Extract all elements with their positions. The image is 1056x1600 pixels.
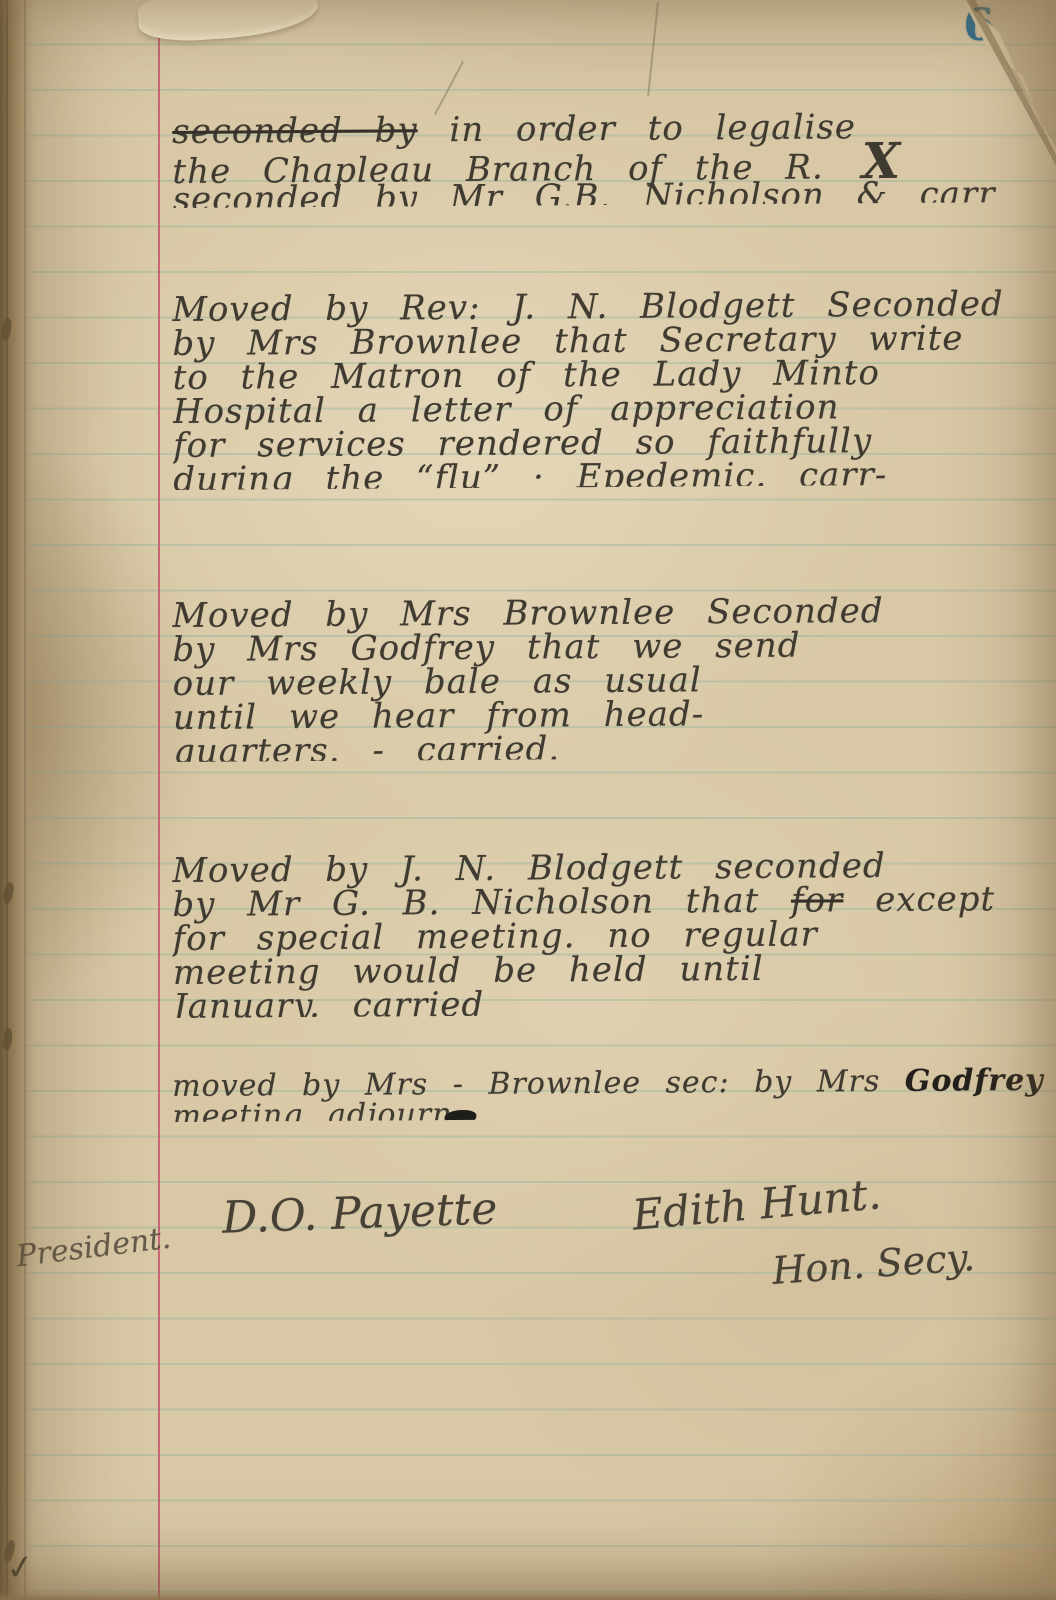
paragraph: Moved by J. N. Blodgett secondedby Mr G.…	[172, 842, 1056, 1018]
paragraph: Moved by Mrs Brownlee Secondedby Mrs God…	[172, 586, 1056, 762]
handwriting-line: during the “flu” · Epedemic. carr-	[173, 450, 1056, 490]
handwriting-segment: January. carried	[173, 985, 484, 1018]
signature-president-name: D.O. Payette	[221, 1183, 498, 1244]
handwriting-segment: during the “flu” · Epedemic. carr-	[173, 455, 887, 490]
handwriting-line: by Mrs Brownlee that Secretary write	[172, 314, 1056, 354]
handwriting-line: moved by Mrs - Brownlee sec: by Mrs Godf…	[172, 1056, 1056, 1092]
margin-line	[158, 30, 160, 1600]
handwriting-segment: except	[843, 879, 995, 920]
handwriting-line: by Mr G. B. Nicholson that for except	[172, 876, 1056, 916]
paragraph: Moved by Rev: J. N. Blodgett Secondedby …	[172, 280, 1056, 490]
handwriting-segment: Godfrey	[905, 1063, 1044, 1099]
page-bottom-edge	[0, 1593, 1056, 1600]
binding-crease-line	[24, 0, 26, 1600]
handwriting-segment: seconded by Mr G.B. Nicholson & carr	[173, 174, 996, 208]
paragraph: moved by Mrs - Brownlee sec: by Mrs Godf…	[172, 1056, 1056, 1122]
paragraph: seconded by in order to legalisethe Chap…	[172, 100, 1056, 208]
binding-crease-line	[6, 0, 8, 1600]
handwriting-line: seconded by Mr G.B. Nicholson & carr	[172, 168, 1056, 208]
check-mark: ✓	[3, 1546, 37, 1590]
notebook-page: 6 seconded by in order to legalisethe Ch…	[0, 0, 1056, 1600]
handwriting-segment: quarters. - carried.	[173, 729, 560, 762]
handwriting-segment: .	[478, 1097, 513, 1122]
handwriting-segment: meeting adjourn	[172, 1097, 452, 1122]
